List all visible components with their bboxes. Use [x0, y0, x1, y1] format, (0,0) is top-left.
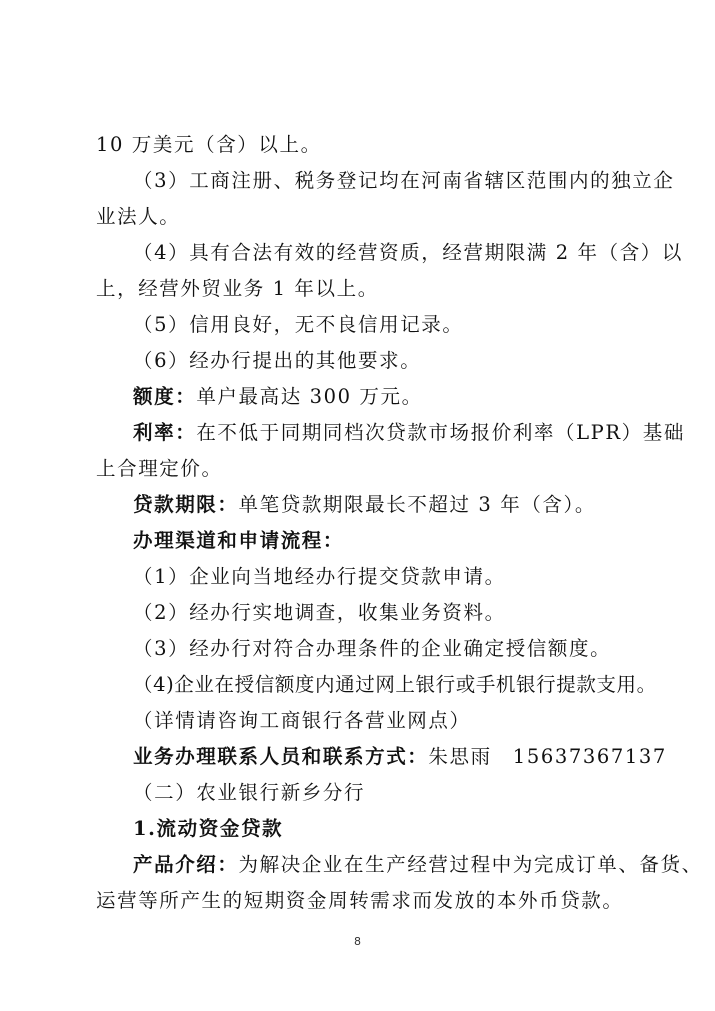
line-text: （3）工商注册、税务登记均在河南省辖区范围内的独立企 [133, 169, 675, 192]
quota-line: 额度：单户最高达 300 万元。 [133, 385, 423, 409]
text-line: 业法人。 [96, 205, 180, 229]
text-line: 10 万美元（含）以上。 [96, 133, 322, 157]
loan-term-line: 贷款期限：单笔贷款期限最长不超过 3 年（含）。 [133, 493, 596, 517]
text-line: 上，经营外贸业务 1 年以上。 [96, 277, 379, 301]
process-step: （2）经办行实地调查，收集业务资料。 [133, 601, 506, 625]
field-label: 贷款期限： [133, 493, 239, 516]
line-text: 业法人。 [96, 205, 180, 228]
process-step: （1）企业向当地经办行提交贷款申请。 [133, 565, 506, 589]
line-text: （4）具有合法有效的经营资质，经营期限满 2 年（含）以 [133, 241, 683, 264]
contact-line: 业务办理联系人员和联系方式：朱思雨 15637367137 [133, 745, 667, 769]
heading-text: 1.流动资金贷款 [133, 817, 283, 840]
line-text: （5）信用良好，无不良信用记录。 [133, 313, 464, 336]
line-text: （6）经办行提出的其他要求。 [133, 349, 421, 372]
field-value: 单笔贷款期限最长不超过 3 年（含）。 [239, 493, 596, 516]
heading-text: 办理渠道和申请流程： [133, 529, 344, 552]
text-line: 上合理定价。 [96, 457, 223, 481]
line-text: （4)企业在授信额度内通过网上银行或手机银行提款支用。 [133, 673, 657, 696]
line-text: （详情请咨询工商银行各营业网点） [133, 709, 471, 732]
subsection-heading: 1.流动资金贷款 [133, 817, 283, 841]
line-text: （2）经办行实地调查，收集业务资料。 [133, 601, 506, 624]
line-text: 上，经营外贸业务 1 年以上。 [96, 277, 379, 300]
field-value: 为解决企业在生产经营过程中为完成订单、备货、 [239, 853, 703, 876]
document-page: 10 万美元（含）以上。 （3）工商注册、税务登记均在河南省辖区范围内的独立企 … [0, 0, 715, 1011]
field-label: 额度： [133, 385, 196, 408]
text-line: （3）工商注册、税务登记均在河南省辖区范围内的独立企 [133, 169, 675, 193]
text-line: （详情请咨询工商银行各营业网点） [133, 709, 471, 733]
field-label: 利率： [133, 421, 196, 444]
text-line: （5）信用良好，无不良信用记录。 [133, 313, 464, 337]
line-text: （1）企业向当地经办行提交贷款申请。 [133, 565, 506, 588]
line-text: （3）经办行对符合办理条件的企业确定授信额度。 [133, 637, 611, 660]
field-label: 产品介绍： [133, 853, 239, 876]
section-heading: （二）农业银行新乡分行 [133, 781, 365, 805]
field-value: 在不低于同期同档次贷款市场报价利率（LPR）基础 [196, 421, 685, 444]
page-number: 8 [0, 935, 715, 948]
field-label: 业务办理联系人员和联系方式： [133, 745, 428, 768]
text-line: 运营等所产生的短期资金周转需求而发放的本外币贷款。 [96, 889, 624, 913]
section-heading: 办理渠道和申请流程： [133, 529, 344, 553]
interest-rate-line: 利率：在不低于同期同档次贷款市场报价利率（LPR）基础 [133, 421, 685, 445]
line-text: 运营等所产生的短期资金周转需求而发放的本外币贷款。 [96, 889, 624, 912]
heading-text: （二）农业银行新乡分行 [133, 781, 365, 804]
process-step: （3）经办行对符合办理条件的企业确定授信额度。 [133, 637, 611, 661]
line-text: 上合理定价。 [96, 457, 223, 480]
product-intro-line: 产品介绍：为解决企业在生产经营过程中为完成订单、备货、 [133, 853, 703, 877]
process-step: （4)企业在授信额度内通过网上银行或手机银行提款支用。 [133, 673, 657, 697]
field-value: 朱思雨 15637367137 [428, 745, 666, 768]
line-text: 10 万美元（含）以上。 [96, 133, 322, 156]
text-line: （6）经办行提出的其他要求。 [133, 349, 421, 373]
text-line: （4）具有合法有效的经营资质，经营期限满 2 年（含）以 [133, 241, 683, 265]
field-value: 单户最高达 300 万元。 [196, 385, 422, 408]
